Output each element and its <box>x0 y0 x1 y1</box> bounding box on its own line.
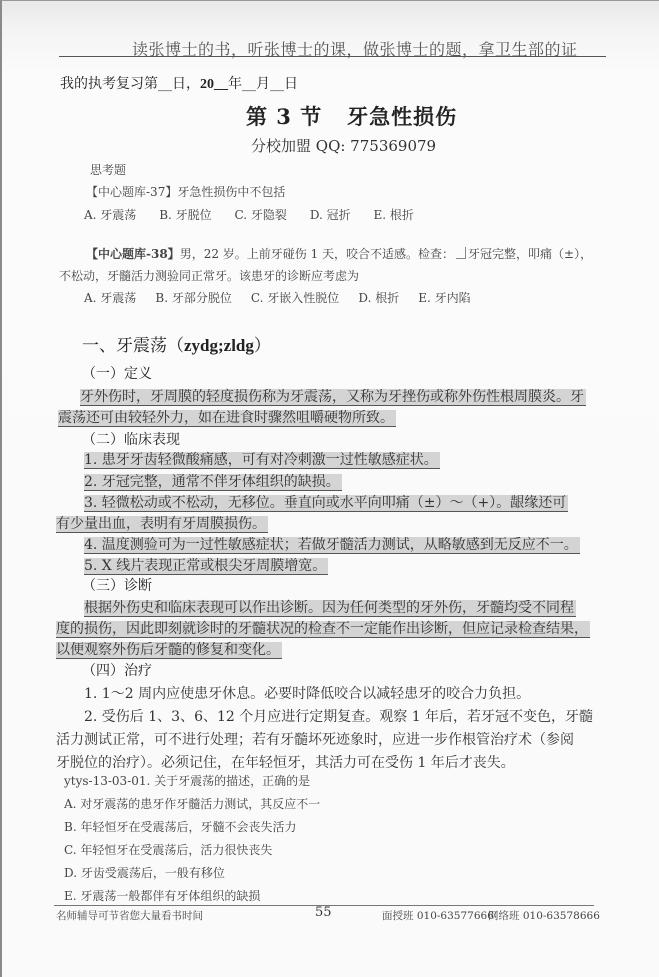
study-date-day2-blank: __ <box>270 76 284 92</box>
practice-option-b[interactable]: B. 年轻恒牙在受震荡后，牙髓不会丧失活力 <box>64 818 296 835</box>
clinical-item-4: 4. 温度测验可为一过性敏感症状；若做牙髓活力测试，从略敏感到无反应不一。 <box>84 534 580 554</box>
highlighted-text: 2. 牙冠完整，通常不伴牙体组织的缺损。 <box>84 474 342 491</box>
q38-option-c[interactable]: C. 牙嵌入性脱位 <box>251 291 339 305</box>
question-37-options: A. 牙震荡 B. 牙脱位 C. 牙隐裂 D. 冠折 E. 根折 <box>84 206 414 223</box>
study-date-mid: 日， <box>172 76 200 92</box>
treatment-heading: （四）治疗 <box>82 660 152 680</box>
definition-line-1: 牙外伤时，牙周膜的轻度损伤称为牙震荡，又称为牙挫伤或称外伤性根周膜炎。牙 <box>80 386 586 406</box>
question-37-tag: 【中心题库-37】 <box>86 185 177 199</box>
treatment-line-4: 牙脱位的治疗）。必须记住，在年轻恒牙，其活力可在受伤 1 年后才丧失。 <box>56 752 515 772</box>
study-date-month-blank: __ <box>242 76 256 92</box>
highlighted-text: 有少量出血，表明有牙周膜损伤。 <box>56 516 268 533</box>
question-38-stem-line2: 不松动，牙髓活力测验同正常牙。该患牙的诊断应考虑为 <box>59 267 359 284</box>
highlighted-text: 3. 轻微松动或不松动，无移位。垂直向或水平向叩痛（±）～（+）。龈缘还可 <box>84 495 568 512</box>
highlighted-text: 牙外伤时，牙周膜的轻度损伤称为牙震荡，又称为牙挫伤或称外伤性根周膜炎。牙 <box>80 389 586 406</box>
diagnosis-heading: （三）诊断 <box>82 575 152 595</box>
page-title: 第 3 节 牙急性损伤 <box>246 101 457 131</box>
q37-option-c[interactable]: C. 牙隐裂 <box>235 208 287 222</box>
section-heading-end: ） <box>254 336 271 356</box>
practice-option-e[interactable]: E. 牙震荡一般都伴有牙体组织的缺损 <box>64 887 260 904</box>
q37-option-e[interactable]: E. 根折 <box>374 208 414 222</box>
diagnosis-line-3: 以便观察外伤后牙髓的修复和变化。 <box>56 639 282 659</box>
header-divider <box>59 56 606 57</box>
section-name: 牙急性损伤 <box>347 104 457 129</box>
highlighted-text: 以便观察外伤后牙髓的修复和变化。 <box>56 642 282 659</box>
highlighted-text: 震荡还可由较轻外力，如在进食时骤然咀嚼硬物所致。 <box>58 410 396 427</box>
q38-option-a[interactable]: A. 牙震荡 <box>84 291 136 305</box>
study-date-year-suffix: 年 <box>228 76 242 92</box>
q37-option-d[interactable]: D. 冠折 <box>310 208 351 222</box>
treatment-line-3: 活力测试正常，可不进行处理；若有牙髓坏死迹象时，应进一步作根管治疗术（参阅 <box>56 729 574 749</box>
study-date-day2-suffix: 日 <box>284 76 298 92</box>
diagnosis-line-1: 根据外伤史和临床表现可以作出诊断。因为任何类型的牙外伤，牙髓均受不同程 <box>84 597 576 617</box>
question-38-text-part1: 男，22 岁。上前牙碰伤 1 天，咬合不适感。检查： <box>180 247 454 261</box>
q38-option-e[interactable]: E. 牙内陷 <box>418 291 470 305</box>
question-38-stem-line1: 【中心题库-38】男，22 岁。上前牙碰伤 1 天，咬合不适感。检查：牙冠完整，… <box>86 245 592 262</box>
study-date-prefix: 我的执考复习第 <box>60 76 158 92</box>
treatment-line-1: 1. 1～2 周内应使患牙休息。必要时降低咬合以减轻患牙的咬合力负担。 <box>84 683 530 703</box>
page-subtitle: 分校加盟 QQ: 775369079 <box>251 135 436 156</box>
footer-tagline: 名师辅导可节省您大量看书时间 <box>56 908 203 923</box>
highlighted-text: 度的损伤，因此即刻就诊时的牙髓状况的检查不一定能作出诊断，但应记录检查结果， <box>56 621 590 638</box>
study-date-line: 我的执考复习第__日，20__年__月__日 <box>60 73 298 93</box>
highlighted-text: 根据外伤史和临床表现可以作出诊断。因为任何类型的牙外伤，牙髓均受不同程 <box>84 600 576 617</box>
q37-option-a[interactable]: A. 牙震荡 <box>84 208 136 222</box>
question-38-options: A. 牙震荡 B. 牙部分脱位 C. 牙嵌入性脱位 D. 根折 E. 牙内陷 <box>84 289 471 306</box>
study-date-day-blank: __ <box>158 76 172 92</box>
question-38-text-part2: 牙冠完整，叩痛（±）， <box>468 247 592 261</box>
highlighted-text: 4. 温度测验可为一过性敏感症状；若做牙髓活力测试，从略敏感到无反应不一。 <box>84 537 580 554</box>
highlighted-text: 5. X 线片表现正常或根尖牙周膜增宽。 <box>84 558 328 575</box>
q37-option-b[interactable]: B. 牙脱位 <box>159 208 211 222</box>
diagnosis-line-2: 度的损伤，因此即刻就诊时的牙髓状况的检查不一定能作出诊断，但应记录检查结果， <box>56 618 590 638</box>
q38-option-d[interactable]: D. 根折 <box>358 291 399 305</box>
clinical-item-2: 2. 牙冠完整，通常不伴牙体组织的缺损。 <box>84 471 342 491</box>
treatment-line-2: 2. 受伤后 1、3、6、12 个月应进行定期复查。观察 1 年后，若牙冠不变色… <box>84 706 593 726</box>
tooth-position-mark <box>456 247 466 259</box>
clinical-item-3-cont: 有少量出血，表明有牙周膜损伤。 <box>56 513 268 533</box>
q38-option-b[interactable]: B. 牙部分脱位 <box>155 291 231 305</box>
section-heading-text: 一、牙震荡（ <box>82 336 184 356</box>
question-38-tag: 【中心题库-38】 <box>86 247 180 261</box>
question-37-text: 牙急性损伤中不包括 <box>177 185 285 199</box>
page-number: 55 <box>315 905 332 920</box>
scanned-page: 读张博士的书，听张博士的课，做张博士的题，拿卫生部的证 我的执考复习第__日，2… <box>0 0 659 977</box>
clinical-item-1: 1. 患牙牙齿轻微酸痛感，可有对冷刺激一过性敏感症状。 <box>84 449 440 469</box>
section-number: 第 3 节 <box>246 104 322 129</box>
section-heading-code: zydg;zldg <box>184 336 254 355</box>
study-date-year: 20__ <box>200 77 228 92</box>
practice-option-d[interactable]: D. 牙齿受震荡后，一般有移位 <box>64 864 225 881</box>
footer-contact-inperson: 面授班 010-63577666 <box>382 908 494 923</box>
clinical-item-3: 3. 轻微松动或不松动，无移位。垂直向或水平向叩痛（±）～（+）。龈缘还可 <box>84 492 568 512</box>
practice-option-a[interactable]: A. 对牙震荡的患牙作牙髓活力测试，其反应不一 <box>64 795 320 812</box>
definition-line-2: 震荡还可由较轻外力，如在进食时骤然咀嚼硬物所致。 <box>58 407 396 427</box>
footer-contact-online: 网络班 010-63578666 <box>488 908 600 923</box>
definition-heading: （一）定义 <box>82 363 152 383</box>
practice-question-stem: ytys-13-03-01. 关于牙震荡的描述，正确的是 <box>64 772 310 789</box>
highlighted-text: 1. 患牙牙齿轻微酸痛感，可有对冷刺激一过性敏感症状。 <box>84 452 440 469</box>
thinking-questions-label: 思考题 <box>90 161 126 178</box>
clinical-heading: （二）临床表现 <box>82 429 180 449</box>
study-date-month-suffix: 月 <box>256 76 270 92</box>
practice-option-c[interactable]: C. 年轻恒牙在受震荡后，活力很快丧失 <box>64 841 272 858</box>
section-heading-tooth-concussion: 一、牙震荡（zydg;zldg） <box>82 331 271 356</box>
clinical-item-5: 5. X 线片表现正常或根尖牙周膜增宽。 <box>84 555 328 575</box>
question-37-stem: 【中心题库-37】牙急性损伤中不包括 <box>86 183 285 200</box>
